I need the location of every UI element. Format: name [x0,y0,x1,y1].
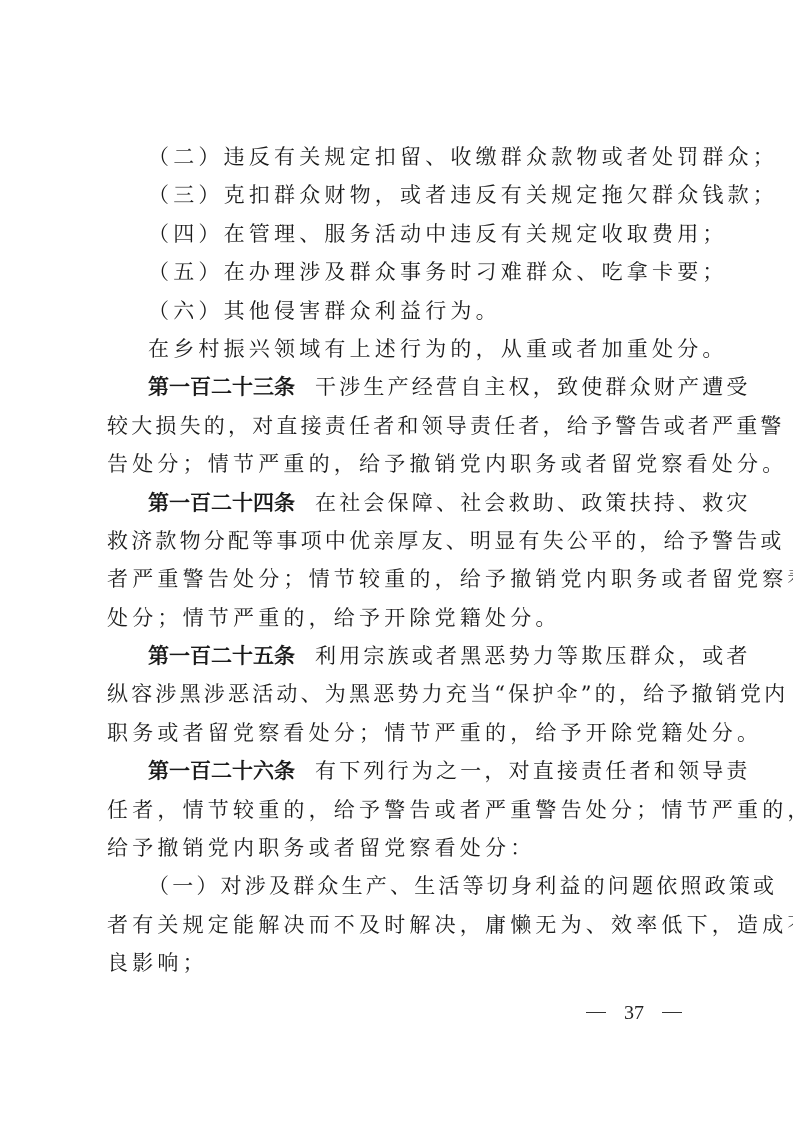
article-text-line: 处分；情节严重的，给予开除党籍处分。 [107,599,697,637]
list-item: （五）在办理涉及群众事务时刁难群众、吃拿卡要； [107,253,697,291]
article-heading: 第一百二十六条 [148,759,295,783]
article-heading: 第一百二十五条 [148,644,295,668]
paragraph: 在乡村振兴领域有上述行为的，从重或者加重处分。 [107,330,697,368]
list-item: （六）其他侵害群众利益行为。 [107,292,697,330]
article-text-line: 较大损失的，对直接责任者和领导责任者，给予警告或者严重警 [107,407,697,445]
article-heading: 第一百二十四条 [148,491,295,515]
list-item-text-line: 者有关规定能解决而不及时解决，庸懒无为、效率低下，造成不 [107,906,697,944]
article-123-first-line: 第一百二十三条干涉生产经营自主权，致使群众财产遭受 [107,368,697,406]
article-124-first-line: 第一百二十四条在社会保障、社会救助、政策扶持、救灾 [107,484,697,522]
article-text-line: 任者，情节较重的，给予警告或者严重警告处分；情节严重的， [107,791,697,829]
article-text: 利用宗族或者黑恶势力等欺压群众，或者 [315,644,751,668]
page-number: 37 [624,998,644,1028]
article-text-line: 纵容涉黑涉恶活动、为黑恶势力充当“保护伞”的，给予撤销党内 [107,675,697,713]
list-item: （四）在管理、服务活动中违反有关规定收取费用； [107,215,697,253]
dash-left [586,1012,606,1013]
dash-right [662,1012,682,1013]
article-text-line: 告处分；情节严重的，给予撤销党内职务或者留党察看处分。 [107,445,697,483]
list-item-text-line: 良影响； [107,944,697,982]
article-text: 干涉生产经营自主权，致使群众财产遭受 [315,375,751,399]
article-text-line: 职务或者留党察看处分；情节严重的，给予开除党籍处分。 [107,714,697,752]
list-item: （二）违反有关规定扣留、收缴群众款物或者处罚群众； [107,138,697,176]
document-page: （二）违反有关规定扣留、收缴群众款物或者处罚群众； （三）克扣群众财物，或者违反… [0,0,793,1122]
document-body: （二）违反有关规定扣留、收缴群众款物或者处罚群众； （三）克扣群众财物，或者违反… [107,138,697,983]
list-item: （一）对涉及群众生产、生活等切身利益的问题依照政策或 [107,867,697,905]
list-item: （三）克扣群众财物，或者违反有关规定拖欠群众钱款； [107,176,697,214]
page-number-footer: 37 [586,998,682,1028]
article-126-first-line: 第一百二十六条有下列行为之一，对直接责任者和领导责 [107,752,697,790]
article-text: 有下列行为之一，对直接责任者和领导责 [315,759,751,783]
article-125-first-line: 第一百二十五条利用宗族或者黑恶势力等欺压群众，或者 [107,637,697,675]
article-text-line: 救济款物分配等事项中优亲厚友、明显有失公平的，给予警告或 [107,522,697,560]
article-text-line: 给予撤销党内职务或者留党察看处分： [107,829,697,867]
article-heading: 第一百二十三条 [148,375,295,399]
article-text-line: 者严重警告处分；情节较重的，给予撤销党内职务或者留党察看 [107,560,697,598]
article-text: 在社会保障、社会救助、政策扶持、救灾 [315,491,751,515]
